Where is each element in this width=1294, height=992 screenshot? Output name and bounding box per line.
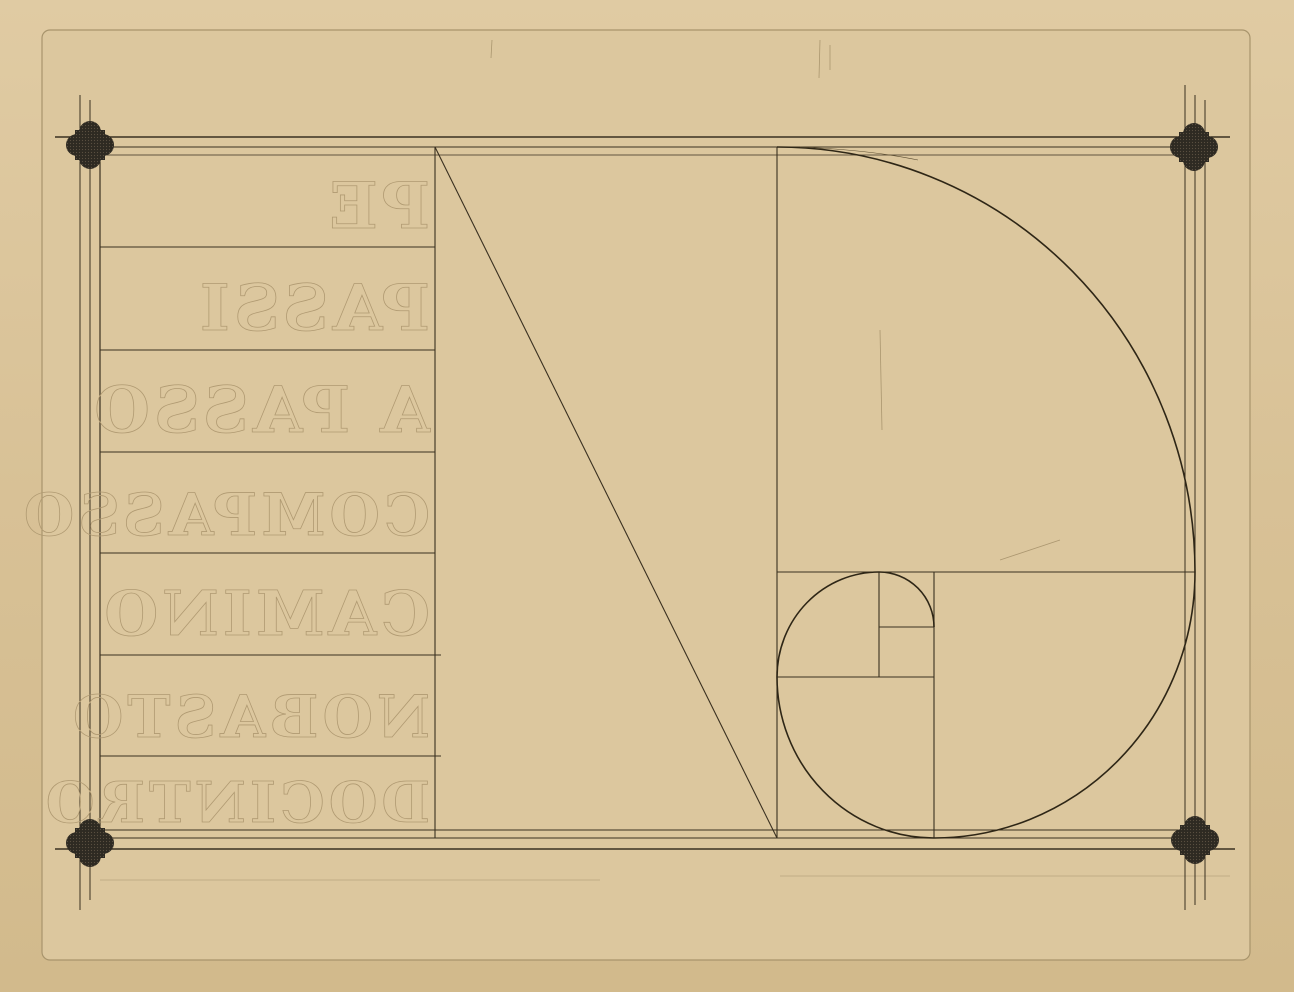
text-row-2: PASSI [196, 271, 430, 346]
text-row-6: NOBASTO [69, 683, 430, 751]
text-row-1: PE [325, 169, 430, 244]
text-row-3: A PASSO [90, 373, 431, 448]
etching-artwork: PE PASSI A PASSO COMPASSO CAMINO NOBASTO… [0, 0, 1294, 992]
text-row-4: COMPASSO [20, 481, 430, 549]
text-row-5: CAMINO [100, 577, 430, 650]
